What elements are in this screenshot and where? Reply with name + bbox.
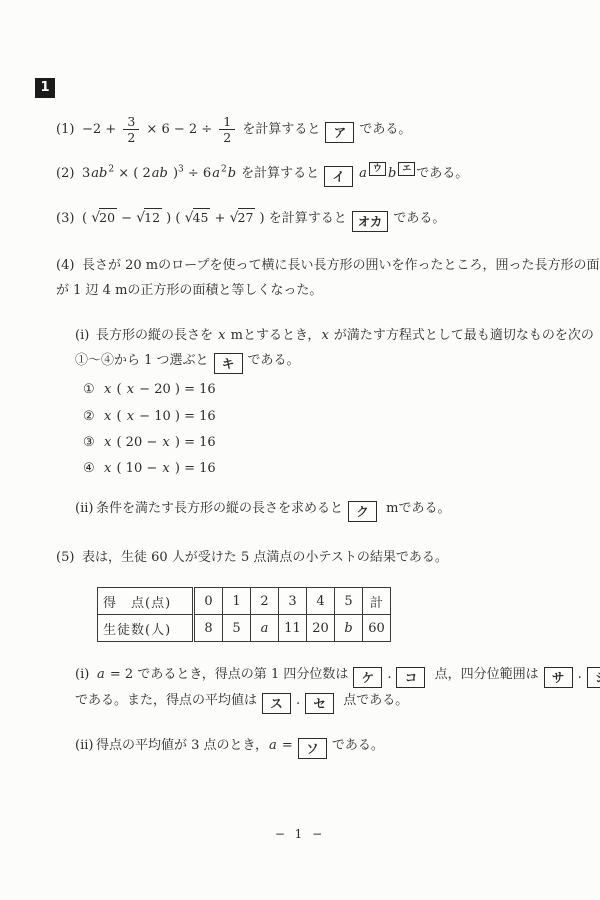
option-3-equation: x ( 20 − x ) = 16 [103, 435, 216, 450]
option-1-number-icon: ① [83, 377, 103, 402]
answer-box-イ: イ [324, 166, 353, 187]
answer-box-サ: サ [544, 667, 573, 688]
problem-4-sub-ii-label: (ii) [75, 496, 96, 521]
score-cell: 0 [194, 588, 223, 615]
problem-4-sub-i: (i)長方形の縦の長さを x mとするとき，x が満たす方程式として最も適切なも… [75, 323, 594, 374]
score-cell: 5 [223, 615, 251, 642]
score-cell: a [251, 615, 279, 642]
score-cell: 2 [251, 588, 279, 615]
option-4-equation: x ( 10 − x ) = 16 [103, 461, 216, 476]
row-header-cell: 得 点(点) [98, 588, 194, 615]
sqrt-expression: √45 [185, 205, 211, 231]
exam-page: 1 (1)−2 + 32 × 6 − 2 ÷ 12 を計算するとアである。 (2… [0, 0, 600, 900]
problem-4-sub-i-content: 長方形の縦の長さを x mとするとき，x が満たす方程式として最も適切なものを次… [75, 328, 594, 368]
score-cell: b [335, 615, 363, 642]
answer-box-エ: エ [398, 162, 415, 176]
score-cell: 8 [194, 615, 223, 642]
problem-5-sub-ii-label: (ii) [75, 733, 96, 758]
answer-box-ア: ア [325, 122, 354, 143]
problem-4-label: (4) [56, 253, 82, 278]
answer-box-ス: ス [262, 693, 291, 714]
fraction: 32 [123, 114, 139, 145]
option-4-number-icon: ④ [83, 456, 103, 481]
problem-1: (1)−2 + 32 × 6 − 2 ÷ 12 を計算するとアである。 [56, 114, 411, 145]
problem-1-content: −2 + 32 × 6 − 2 ÷ 12 を計算するとアである。 [82, 122, 411, 137]
section-number-badge: 1 [35, 78, 55, 98]
problem-2-label: (2) [56, 161, 82, 186]
answer-box-セ: セ [305, 693, 334, 714]
problem-3: (3)( √20 − √12 ) ( √45 + √27 ) を計算するとオカで… [56, 205, 445, 232]
answer-box-オカ: オカ [352, 211, 389, 232]
option-3-number-icon: ③ [83, 430, 103, 455]
answer-box-ケ: ケ [353, 667, 382, 688]
answer-box-ク: ク [348, 501, 377, 522]
answer-box-コ: コ [396, 667, 425, 688]
problem-4-sub-i-label: (i) [75, 323, 96, 348]
answer-box-ウ: ウ [369, 162, 386, 176]
answer-box-シ: シ [587, 667, 600, 688]
problem-2-content: 3ab2 × ( 2ab )3 ÷ 6a2b を計算するとイaウbエである。 [82, 166, 468, 181]
problem-5-sub-ii: (ii)得点の平均値が 3 点のとき，a =ソである。 [75, 733, 384, 759]
score-cell: 11 [279, 615, 307, 642]
score-cell: 3 [279, 588, 307, 615]
problem-4: (4)長さが 20 mのロープを使って横に長い長方形の囲いを作ったところ，囲った… [56, 253, 600, 303]
score-cell: 計 [363, 588, 391, 615]
problem-3-label: (3) [56, 206, 82, 231]
problem-5-sub-i-content: a = 2 であるとき，得点の第 1 四分位数はケ.コ 点，四分位範囲はサ.シ … [75, 667, 600, 708]
problem-5-sub-i: (i)a = 2 であるとき，得点の第 1 四分位数はケ.コ 点，四分位範囲はサ… [75, 662, 600, 714]
option-1: ①x ( x − 20 ) = 16 [83, 377, 216, 402]
option-2: ②x ( x − 10 ) = 16 [83, 404, 216, 429]
row-header-cell: 生徒数(人) [98, 615, 194, 642]
problem-4-content: 長さが 20 mのロープを使って横に長い長方形の囲いを作ったところ，囲った長方形… [56, 258, 600, 298]
fraction: 12 [219, 114, 235, 145]
problem-5: (5)表は，生徒 60 人が受けた 5 点満点の小テストの結果である。 [56, 545, 448, 570]
problem-5-content: 表は，生徒 60 人が受けた 5 点満点の小テストの結果である。 [82, 550, 448, 565]
problem-4-sub-ii-content: 条件を満たす長方形の縦の長さを求めるとク mである。 [96, 501, 450, 516]
option-2-equation: x ( x − 10 ) = 16 [103, 409, 216, 424]
option-1-equation: x ( x − 20 ) = 16 [103, 382, 216, 397]
sqrt-expression: √12 [136, 205, 162, 231]
score-cell: 5 [335, 588, 363, 615]
score-table-row: 生徒数(人)85a1120b60 [98, 615, 391, 642]
score-table-row: 得 点(点)012345計 [98, 588, 391, 615]
sqrt-expression: √27 [230, 205, 256, 231]
problem-1-label: (1) [56, 117, 82, 142]
problem-5-label: (5) [56, 545, 82, 570]
sqrt-expression: √20 [91, 205, 117, 231]
problem-5-sub-ii-content: 得点の平均値が 3 点のとき，a =ソである。 [96, 738, 384, 753]
score-table: 得 点(点)012345計生徒数(人)85a1120b60 [97, 587, 391, 642]
problem-4-sub-ii: (ii)条件を満たす長方形の縦の長さを求めるとク mである。 [75, 496, 450, 522]
problem-2: (2)3ab2 × ( 2ab )3 ÷ 6a2b を計算するとイaウbエである… [56, 158, 468, 187]
score-cell: 20 [307, 615, 335, 642]
problem-3-content: ( √20 − √12 ) ( √45 + √27 ) を計算するとオカである。 [82, 211, 445, 226]
answer-box-キ: キ [214, 353, 243, 374]
option-2-number-icon: ② [83, 404, 103, 429]
option-3: ③x ( 20 − x ) = 16 [83, 430, 216, 455]
page-number: − 1 − [0, 827, 600, 841]
answer-box-ソ: ソ [298, 738, 327, 759]
score-cell: 1 [223, 588, 251, 615]
option-4: ④x ( 10 − x ) = 16 [83, 456, 216, 481]
score-cell: 60 [363, 615, 391, 642]
score-cell: 4 [307, 588, 335, 615]
problem-5-sub-i-label: (i) [75, 662, 96, 687]
score-table-body: 得 点(点)012345計生徒数(人)85a1120b60 [98, 588, 391, 642]
